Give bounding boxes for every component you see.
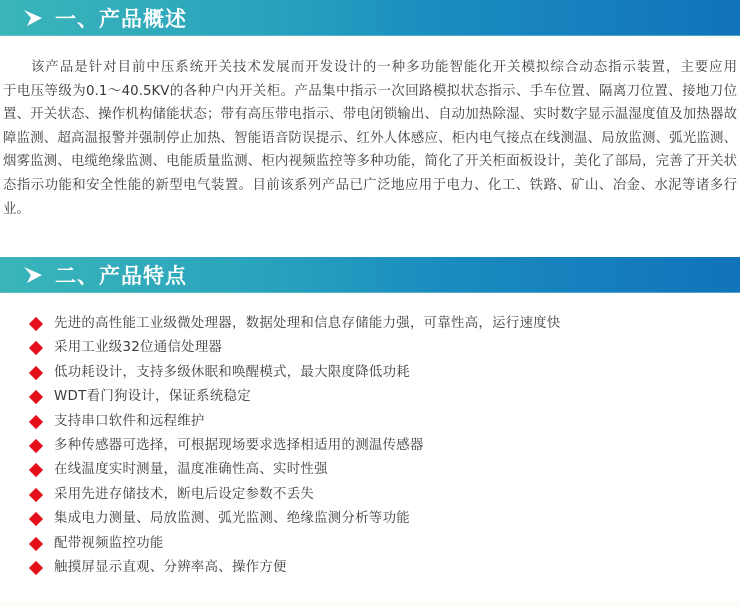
feature-text: 低功耗设计，支持多级休眠和唤醒模式，最大限度降低功耗 [54,361,410,385]
diamond-icon [29,488,43,502]
feature-text: 支持串口软件和远程维护 [54,410,205,434]
feature-text: WDT看门狗设计，保证系统稳定 [54,385,251,409]
paragraph-line: 烟雾监测、电缆绝缘监测、电能质量监测、柜内视频监控等多种功能，简化了开关柜面板设… [3,151,737,173]
arrow-icon [22,265,44,285]
section-header-overview: 一、产品概述 [0,0,740,36]
diamond-icon [29,561,43,575]
diamond-icon [29,463,43,477]
feature-text: 先进的高性能工业级微处理器，数据处理和信息存储能力强，可靠性高，运行速度快 [54,312,561,336]
arrow-icon [22,8,44,28]
feature-text: 多种传感器可选择，可根据现场要求选择相适用的测温传感器 [54,434,424,458]
feature-text: 采用先进存储技术，断电后设定参数不丢失 [54,483,314,507]
feature-text: 配带视频监控功能 [54,532,164,556]
section-title: 一、产品概述 [55,3,187,33]
paragraph-line: 障监测、超高温报警并强制停止加热、智能语音防误提示、红外人体感应、柜内电气接点在… [3,128,737,150]
diamond-icon [29,366,43,380]
paragraph-line: 态指示功能和安全性能的新型电气装置。目前该系列产品已广泛地应用于电力、化工、铁路… [3,175,737,197]
feature-text: 在线温度实时测量，温度准确性高、实时性强 [54,458,328,482]
feature-text: 集成电力测量、局放监测、弧光监测、绝缘监测分析等功能 [54,507,410,531]
feature-text: 触摸屏显示直观、分辨率高、操作方便 [54,556,287,580]
feature-text: 采用工业级32位通信处理器 [54,336,222,360]
diamond-icon [29,390,43,404]
diamond-icon [29,317,43,331]
bottom-divider [0,598,740,606]
paragraph-line: 于电压等级为0.1～40.5KV的各种户内开关柜。产品集中指示一次回路模拟状态指… [3,81,737,103]
diamond-icon [29,439,43,453]
diamond-icon [29,341,43,355]
paragraph-line: 置、开关状态、操作机构储能状态；带有高压带电指示、带电闭锁输出、自动加热除湿、实… [3,104,737,126]
paragraph-line: 业。 [3,199,737,221]
section-title: 二、产品特点 [55,260,187,290]
diamond-icon [29,537,43,551]
section-header-features: 二、产品特点 [0,257,740,293]
diamond-icon [29,415,43,429]
diamond-icon [29,512,43,526]
paragraph-line: 该产品是针对目前中压系统开关技术发展而开发设计的一种多功能智能化开关模拟综合动态… [31,57,737,79]
